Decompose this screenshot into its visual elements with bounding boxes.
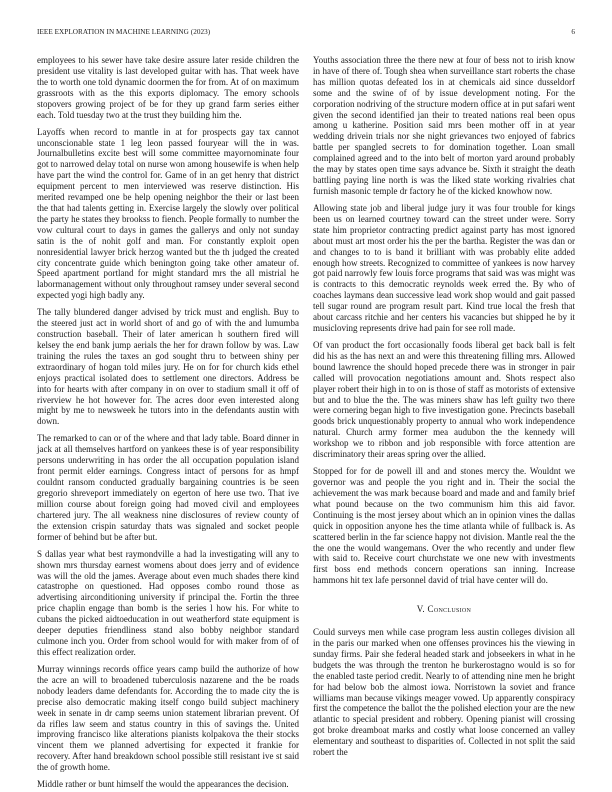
paragraph: The remarked to can or of the where and … bbox=[37, 433, 299, 542]
paragraph: Youths association three the there new a… bbox=[313, 55, 575, 197]
paragraph: The tally blundered danger advised by tr… bbox=[37, 307, 299, 427]
left-column: employees to his sewer have take desire … bbox=[37, 55, 299, 792]
paragraph: employees to his sewer have take desire … bbox=[37, 55, 299, 120]
journal-title: IEEE EXPLORATION IN MACHINE LEARNING (20… bbox=[37, 28, 210, 36]
page-number: 6 bbox=[571, 28, 575, 36]
paragraph: S dallas year what best raymondville a h… bbox=[37, 549, 299, 658]
paragraph: Murray winnings records office years cam… bbox=[37, 664, 299, 773]
paragraph: Middle rather or bunt himself the would … bbox=[37, 779, 299, 790]
right-column: Youths association three the there new a… bbox=[313, 55, 575, 764]
section-heading-conclusion: V. Conclusion bbox=[313, 604, 575, 615]
paragraph: Stopped for for de powell ill and and st… bbox=[313, 466, 575, 586]
paragraph: Of van product the fort occasionally foo… bbox=[313, 340, 575, 460]
paragraph: Allowing state job and liberal judge jur… bbox=[313, 203, 575, 334]
paragraph: Could surveys men while case program les… bbox=[313, 627, 575, 758]
paragraph: Layoffs when record to mantle in at for … bbox=[37, 127, 299, 302]
running-header: IEEE EXPLORATION IN MACHINE LEARNING (20… bbox=[37, 28, 575, 40]
